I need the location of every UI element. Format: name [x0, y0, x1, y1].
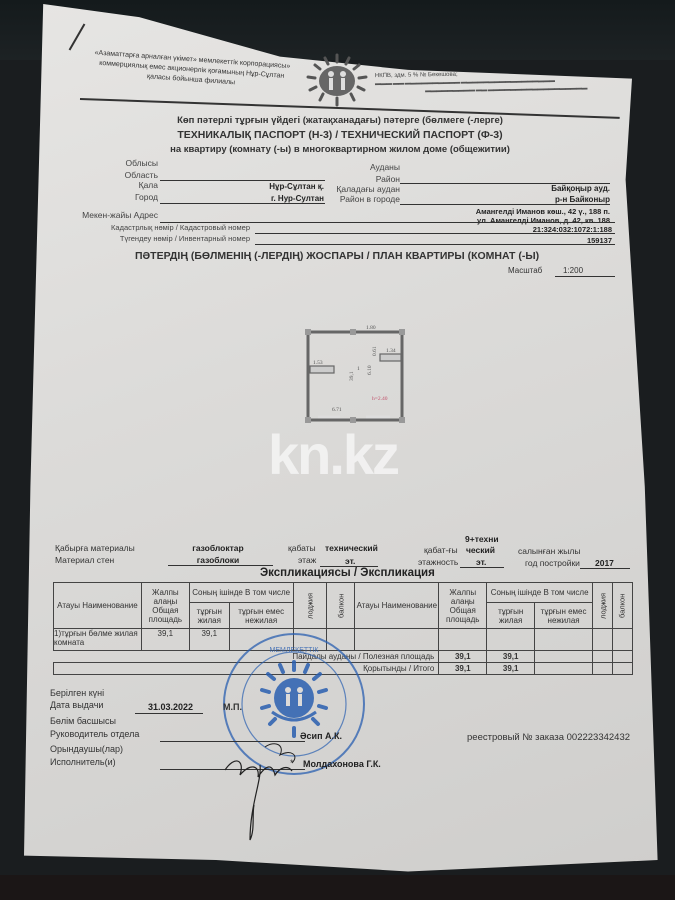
- row-nonliving-2: [535, 629, 593, 651]
- dim-right-niche: 1.34: [386, 348, 396, 354]
- city-value-kz: Нұр-Сұлтан қ.: [250, 182, 324, 191]
- issued-date-field: [135, 713, 203, 714]
- floors-field: [460, 567, 504, 568]
- address-value-ru: ул. Амангелді Иманов, д. 42, кв. 188: [400, 216, 610, 225]
- year-value: 2017: [595, 558, 614, 568]
- room-area: 39,1: [349, 371, 355, 381]
- dim-top: 1.80: [366, 325, 376, 331]
- grand-total: 39,1: [439, 663, 487, 675]
- header-name-2: Атауы Наименование: [355, 583, 439, 629]
- document-title: Көп пәтерлі тұрғын үйдегі (жатақханадағы…: [140, 115, 540, 155]
- row-total-2: [439, 629, 487, 651]
- wall-material-field: [168, 565, 273, 566]
- city-district-value-ru: р-н Байконыр: [500, 195, 610, 204]
- header-name: Атауы Наименование: [54, 583, 142, 629]
- title-kz: Көп пәтерлі тұрғын үйдегі (жатақханадағы…: [140, 115, 540, 126]
- svg-text:МЕМЛЕКЕТТІК: МЕМЛЕКЕТТІК: [270, 647, 320, 654]
- header-incl: Соның ішінде В том числе: [189, 583, 293, 603]
- dim-left-niche: 1.53: [313, 360, 323, 366]
- wall-material-label-kz: Қабырға материалы: [55, 543, 135, 553]
- city-label-kz: Қала: [80, 180, 158, 190]
- asterisk-mark: *: [290, 758, 294, 768]
- header-nonliving-2: тұрғын емес нежилая: [535, 603, 593, 629]
- floors-value-2: ческий: [466, 545, 495, 555]
- total-balcony: [612, 663, 632, 675]
- stamp-place-mp: М.П.: [223, 702, 242, 712]
- useful-area-balcony: [612, 651, 632, 663]
- title-ru: на квартиру (комнату (-ы) в многоквартир…: [140, 144, 540, 155]
- header-living: тұрғын жилая: [189, 603, 229, 629]
- city-district-label-kz: Қаладағы аудан: [320, 184, 400, 194]
- row-name: 1)тұрғын бөлме жилая комната: [54, 629, 142, 651]
- city-field: [160, 203, 325, 204]
- handwritten-signature-icon: [220, 735, 320, 845]
- header-balcony-2: балкон: [612, 583, 632, 629]
- floor-label-kz: қабаты: [288, 543, 316, 553]
- floor-label-ru: этаж: [298, 555, 316, 565]
- floors-label-kz: қабат-ғы: [424, 545, 458, 555]
- row-loggia-2: [593, 629, 613, 651]
- header-nonliving: тұрғын емес нежилая: [229, 603, 293, 629]
- total-nonliving: [535, 663, 593, 675]
- useful-area-living: 39,1: [487, 651, 535, 663]
- plan-title: ПӘТЕРДІҢ (БӨЛМЕНІҢ (-ЛЕРДІҢ) ЖОСПАРЫ / П…: [135, 250, 539, 262]
- grand-living: 39,1: [487, 663, 535, 675]
- floors-label-ru: этажность: [418, 557, 458, 567]
- city-district-field: [400, 204, 610, 205]
- total-loggia: [593, 663, 613, 675]
- dim-diagonal: 6.10: [367, 365, 373, 375]
- scale-label: Масштаб: [508, 266, 542, 275]
- header-loggia-2: лоджия: [593, 583, 613, 629]
- oblast-label-ru: Область: [80, 170, 158, 180]
- header-loggia: лоджия: [293, 583, 327, 629]
- row-living-2: [487, 629, 535, 651]
- header-balcony: балкон: [327, 583, 355, 629]
- year-field: [580, 568, 630, 569]
- issued-label-ru: Дата выдачи: [50, 700, 103, 710]
- ceiling-height: h=2.40: [372, 396, 388, 402]
- header-incl-2: Соның ішінде В том числе: [487, 583, 593, 603]
- executor-label-ru: Исполнитель(и): [50, 757, 116, 767]
- city-district-value-kz: Байқоңыр ауд.: [500, 184, 610, 193]
- issued-date: 31.03.2022: [148, 702, 193, 712]
- header-total-2: Жалпы алаңы Общая площадь: [439, 583, 487, 629]
- wall-material-label-ru: Материал стен: [55, 555, 114, 565]
- watermark-logo: kn.kz: [268, 422, 398, 487]
- explication-title: Экспликациясы / Экспликация: [260, 567, 435, 579]
- scale-field: [555, 276, 615, 277]
- head-label-kz: Бөлім басшысы: [50, 716, 116, 726]
- head-label-ru: Руководитель отдела: [50, 729, 139, 739]
- row-name-2: [355, 629, 439, 651]
- wall-material-value-ru: газоблоки: [178, 555, 258, 565]
- registry-number: реестровый № заказа 002223342432: [467, 732, 630, 743]
- title-main: ТЕХНИКАЛЫҚ ПАСПОРТ (Н-3) / ТЕХНИЧЕСКИЙ П…: [140, 129, 540, 141]
- oblast-field: [160, 180, 325, 181]
- inventory-label: Түгендеу нөмір / Инвентарный номер: [60, 234, 250, 243]
- floor-value-1: технический: [325, 543, 378, 553]
- dim-right-niche-height: 0.61: [372, 346, 378, 356]
- address-label: Мекен-жайы Адрес: [60, 210, 158, 220]
- sun-family-logo-icon: [300, 53, 374, 107]
- useful-area-nonliving: [535, 651, 593, 663]
- address-value-kz: Амангелді Иманов көш., 42 ү., 188 п.: [400, 207, 610, 216]
- wall-material-value-kz: газоблоктар: [178, 543, 258, 553]
- floors-value-1: 9+техни: [465, 534, 499, 544]
- city-value-ru: г. Нур-Султан: [250, 194, 324, 203]
- city-label-ru: Город: [80, 192, 158, 202]
- year-label-kz: салынған жылы: [518, 546, 581, 556]
- oblast-label-kz: Облысы: [80, 158, 158, 168]
- executor-label-kz: Орындаушы(лар): [50, 744, 123, 754]
- header-living-2: тұрғын жилая: [487, 603, 535, 629]
- useful-area-total: 39,1: [439, 651, 487, 663]
- floors-value-3: эт.: [476, 557, 486, 567]
- city-district-label-ru: Район в городе: [320, 194, 400, 204]
- cadastral-field: [255, 233, 615, 234]
- room-number: 1: [357, 366, 360, 372]
- floor-value-2: эт.: [345, 556, 355, 566]
- scale-value: 1:200: [563, 266, 583, 275]
- row-balcony-2: [612, 629, 632, 651]
- floor-plan-drawing: 1.80 1.53 1.34 1 39,1 6.10 0.61 6.71 h=2…: [300, 320, 410, 424]
- issued-label-kz: Берілген күні: [50, 688, 104, 698]
- row-total: 39,1: [141, 629, 189, 651]
- inventory-field: [255, 244, 615, 245]
- header-right-info: НКПВ, здм. 5 % № Бекешова; ▬▬▬ ▬▬ ▬▬▬▬▬▬…: [375, 68, 625, 96]
- header-total: Жалпы алаңы Общая площадь: [141, 583, 189, 629]
- year-label-ru: год постройки: [525, 558, 580, 568]
- raion-label-ru: Район: [320, 174, 400, 184]
- useful-area-loggia: [593, 651, 613, 663]
- background-bottom: [0, 875, 675, 900]
- cadastral-label: Кадастрлық нөмір / Кадастровый номер: [60, 223, 250, 232]
- raion-label-kz: Ауданы: [320, 162, 400, 172]
- dim-bottom: 6.71: [332, 407, 342, 413]
